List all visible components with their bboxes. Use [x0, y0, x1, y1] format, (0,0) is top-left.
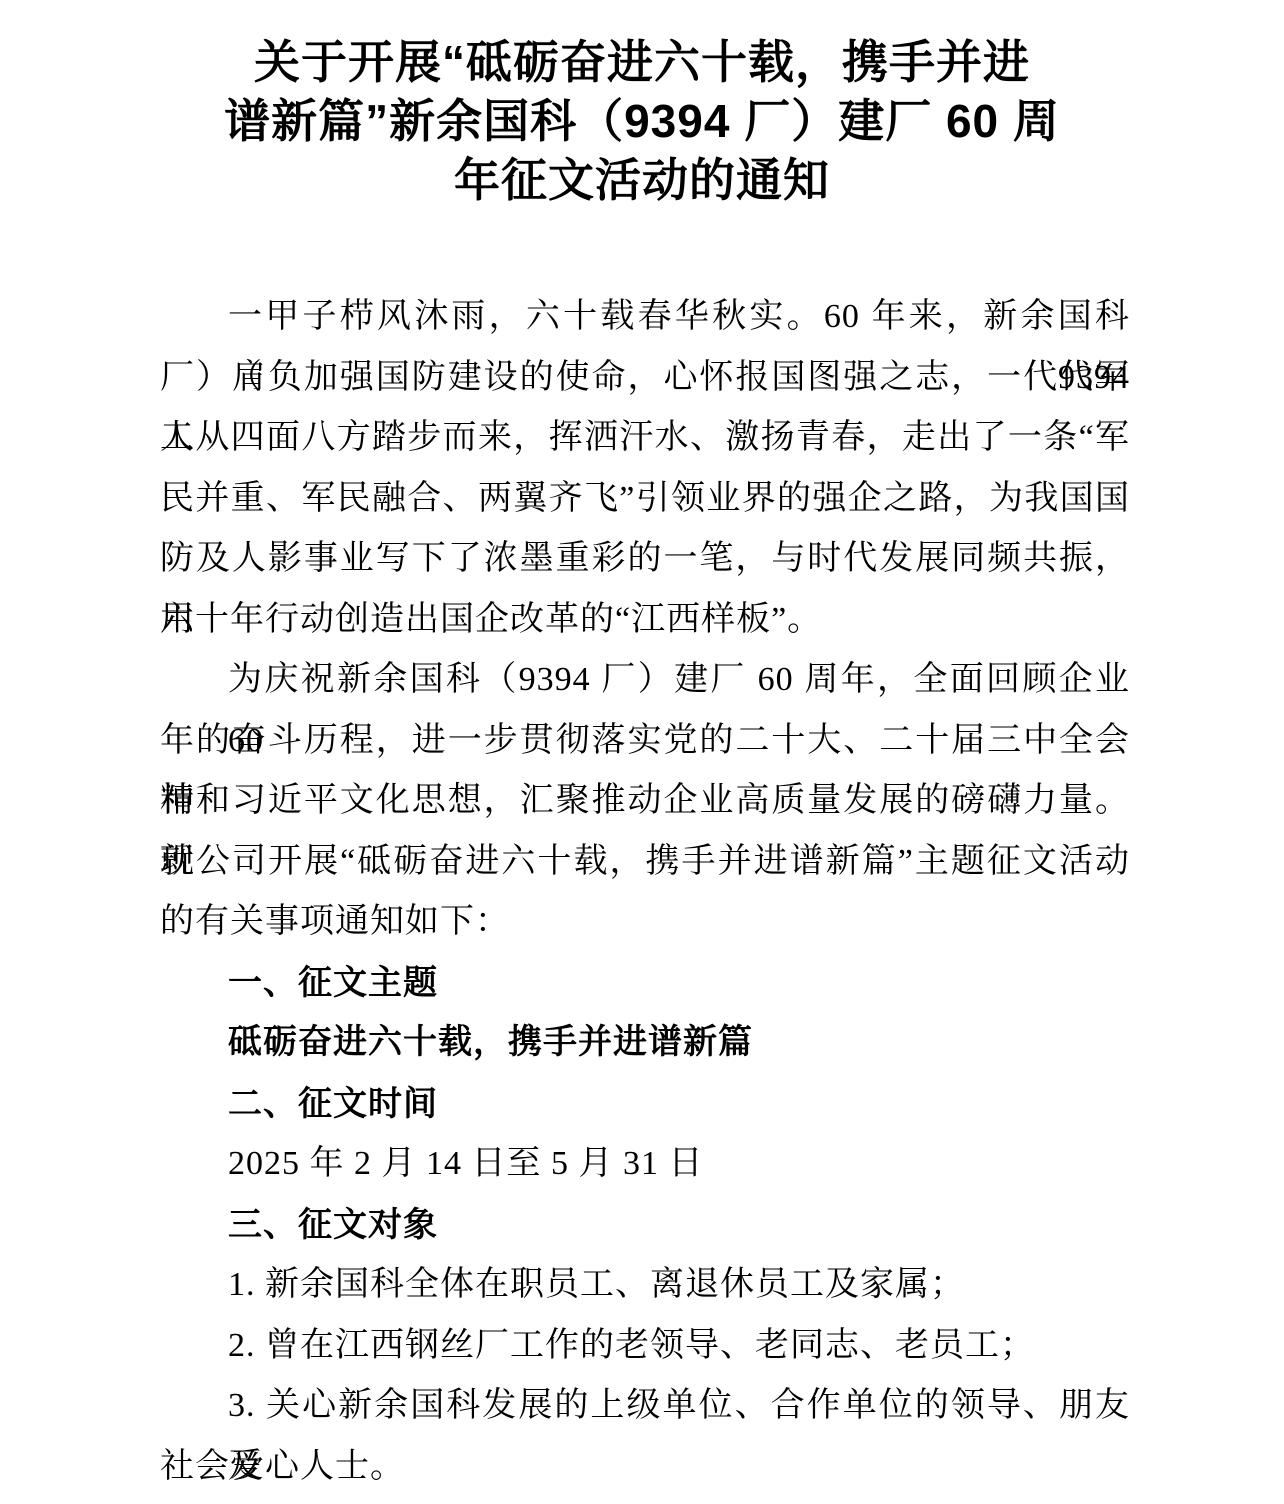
paragraph-2-line-5: 的有关事项通知如下： — [160, 892, 1130, 953]
paragraph-1-line-6: 六十年行动创造出国企改革的“江西样板”。 — [160, 590, 1130, 651]
section-heading-theme: 一、征文主题 — [160, 953, 1130, 1014]
paragraph-1-line-1: 一甲子栉风沐雨，六十载春华秋实。60 年来，新余国科（9394 — [160, 287, 1130, 348]
paragraph-1-line-4: 民并重、军民融合、两翼齐飞”引领业界的强企之路，为我国国 — [160, 469, 1130, 530]
title-line-3: 年征文活动的通知 — [90, 151, 1194, 210]
document-title: 关于开展“砥砺奋进六十载，携手并进 谱新篇”新余国科（9394 厂）建厂 60 … — [0, 33, 1284, 210]
section-heading-time: 二、征文时间 — [160, 1074, 1130, 1135]
date-range: 2025 年 2 月 14 日至 5 月 31 日 — [160, 1134, 1130, 1195]
paragraph-1-line-3: 人从四面八方踏步而来，挥洒汗水、激扬青春，走出了一条“军 — [160, 408, 1130, 469]
paragraph-2-line-2: 年的奋斗历程，进一步贯彻落实党的二十大、二十届三中全会精 — [160, 711, 1130, 772]
paragraph-1-line-5: 防及人影事业写下了浓墨重彩的一笔，与时代发展同频共振，用 — [160, 529, 1130, 590]
title-line-1: 关于开展“砥砺奋进六十载，携手并进 — [90, 33, 1194, 92]
audience-item-3-line-2: 社会爱心人士。 — [160, 1437, 1130, 1498]
document-body: 一甲子栉风沐雨，六十载春华秋实。60 年来，新余国科（9394 厂）肩负加强国防… — [0, 287, 1284, 1497]
section-heading-audience: 三、征文对象 — [160, 1195, 1130, 1256]
paragraph-2-line-4: 就公司开展“砥砺奋进六十载，携手并进谱新篇”主题征文活动 — [160, 832, 1130, 893]
audience-item-1: 1. 新余国科全体在职员工、离退休员工及家属； — [160, 1255, 1130, 1316]
paragraph-1-line-2: 厂）肩负加强国防建设的使命，心怀报国图强之志，一代代军工 — [160, 348, 1130, 409]
title-line-2: 谱新篇”新余国科（9394 厂）建厂 60 周 — [90, 92, 1194, 151]
paragraph-2-line-1: 为庆祝新余国科（9394 厂）建厂 60 周年，全面回顾企业 60 — [160, 650, 1130, 711]
audience-item-2: 2. 曾在江西钢丝厂工作的老领导、老同志、老员工； — [160, 1316, 1130, 1377]
document-page: 关于开展“砥砺奋进六十载，携手并进 谱新篇”新余国科（9394 厂）建厂 60 … — [0, 0, 1284, 1504]
paragraph-2-line-3: 神和习近平文化思想，汇聚推动企业高质量发展的磅礴力量。现 — [160, 771, 1130, 832]
audience-item-3-line-1: 3. 关心新余国科发展的上级单位、合作单位的领导、朋友及 — [160, 1376, 1130, 1437]
theme-text: 砥砺奋进六十载，携手并进谱新篇 — [160, 1013, 1130, 1074]
